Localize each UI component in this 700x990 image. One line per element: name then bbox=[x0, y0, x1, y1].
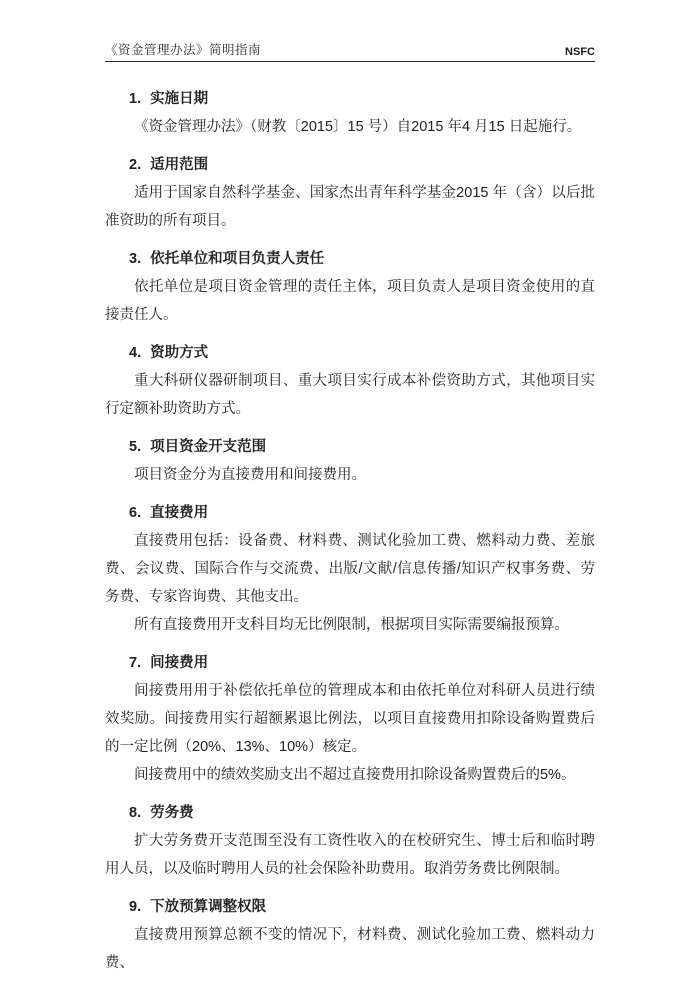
section-number: 8. bbox=[129, 799, 141, 827]
section-number: 3. bbox=[129, 245, 141, 273]
section-expenditure-scope: 5.项目资金开支范围 项目资金分为直接费用和间接费用。 bbox=[105, 433, 595, 489]
section-heading: 1.实施日期 bbox=[129, 85, 595, 113]
section-paragraph: 间接费用用于补偿依托单位的管理成本和由依托单位对科研人员进行绩效奖励。间接费用实… bbox=[105, 677, 595, 761]
page-header: 《资金管理办法》简明指南 NSFC bbox=[105, 40, 595, 62]
section-paragraph: 《资金管理办法》（财教〔2015〕15 号）自2015 年4 月15 日起施行。 bbox=[105, 113, 595, 141]
document-page: 《资金管理办法》简明指南 NSFC 1.实施日期 《资金管理办法》（财教〔201… bbox=[0, 0, 700, 990]
section-paragraph: 间接费用中的绩效奖励支出不超过直接费用扣除设备购置费后的5%。 bbox=[105, 761, 595, 789]
section-indirect-costs: 7.间接费用 间接费用用于补偿依托单位的管理成本和由依托单位对科研人员进行绩效奖… bbox=[105, 649, 595, 789]
section-paragraph: 项目资金分为直接费用和间接费用。 bbox=[105, 461, 595, 489]
section-paragraph: 直接费用包括：设备费、材料费、测试化验加工费、燃料动力费、差旅费、会议费、国际合… bbox=[105, 527, 595, 611]
section-title: 资助方式 bbox=[150, 345, 208, 361]
section-heading: 3.依托单位和项目负责人责任 bbox=[129, 245, 595, 273]
section-title: 依托单位和项目负责人责任 bbox=[150, 251, 324, 267]
section-number: 5. bbox=[129, 433, 141, 461]
section-title: 项目资金开支范围 bbox=[150, 439, 266, 455]
section-number: 4. bbox=[129, 339, 141, 367]
section-heading: 9.下放预算调整权限 bbox=[129, 893, 595, 921]
section-number: 9. bbox=[129, 893, 141, 921]
section-heading: 4.资助方式 bbox=[129, 339, 595, 367]
section-title: 实施日期 bbox=[150, 91, 208, 107]
section-heading: 5.项目资金开支范围 bbox=[129, 433, 595, 461]
section-paragraph: 所有直接费用开支科目均无比例限制，根据项目实际需要编报预算。 bbox=[105, 611, 595, 639]
section-paragraph: 适用于国家自然科学基金、国家杰出青年科学基金2015 年（含）以后批准资助的所有… bbox=[105, 179, 595, 235]
section-number: 2. bbox=[129, 151, 141, 179]
section-labor-costs: 8.劳务费 扩大劳务费开支范围至没有工资性收入的在校研究生、博士后和临时聘用人员… bbox=[105, 799, 595, 883]
section-number: 6. bbox=[129, 499, 141, 527]
section-number: 1. bbox=[129, 85, 141, 113]
section-title: 下放预算调整权限 bbox=[150, 899, 266, 915]
section-number: 7. bbox=[129, 649, 141, 677]
document-body: 1.实施日期 《资金管理办法》（财教〔2015〕15 号）自2015 年4 月1… bbox=[105, 62, 595, 977]
section-funding-mode: 4.资助方式 重大科研仪器研制项目、重大项目实行成本补偿资助方式，其他项目实行定… bbox=[105, 339, 595, 423]
section-title: 直接费用 bbox=[150, 505, 208, 521]
section-title: 间接费用 bbox=[150, 655, 208, 671]
section-heading: 8.劳务费 bbox=[129, 799, 595, 827]
section-heading: 7.间接费用 bbox=[129, 649, 595, 677]
section-implementation-date: 1.实施日期 《资金管理办法》（财教〔2015〕15 号）自2015 年4 月1… bbox=[105, 85, 595, 141]
section-paragraph: 直接费用预算总额不变的情况下，材料费、测试化验加工费、燃料动力费、 bbox=[105, 921, 595, 977]
section-paragraph: 重大科研仪器研制项目、重大项目实行成本补偿资助方式，其他项目实行定额补助资助方式… bbox=[105, 367, 595, 423]
section-scope: 2.适用范围 适用于国家自然科学基金、国家杰出青年科学基金2015 年（含）以后… bbox=[105, 151, 595, 235]
section-title: 劳务费 bbox=[150, 805, 194, 821]
section-title: 适用范围 bbox=[150, 157, 208, 173]
section-heading: 6.直接费用 bbox=[129, 499, 595, 527]
header-title: 《资金管理办法》简明指南 bbox=[105, 40, 261, 58]
section-responsibilities: 3.依托单位和项目负责人责任 依托单位是项目资金管理的责任主体，项目负责人是项目… bbox=[105, 245, 595, 329]
section-direct-costs: 6.直接费用 直接费用包括：设备费、材料费、测试化验加工费、燃料动力费、差旅费、… bbox=[105, 499, 595, 639]
section-paragraph: 扩大劳务费开支范围至没有工资性收入的在校研究生、博士后和临时聘用人员，以及临时聘… bbox=[105, 827, 595, 883]
section-heading: 2.适用范围 bbox=[129, 151, 595, 179]
section-paragraph: 依托单位是项目资金管理的责任主体，项目负责人是项目资金使用的直接责任人。 bbox=[105, 273, 595, 329]
header-org-label: NSFC bbox=[565, 46, 595, 58]
section-budget-adjustment: 9.下放预算调整权限 直接费用预算总额不变的情况下，材料费、测试化验加工费、燃料… bbox=[105, 893, 595, 977]
